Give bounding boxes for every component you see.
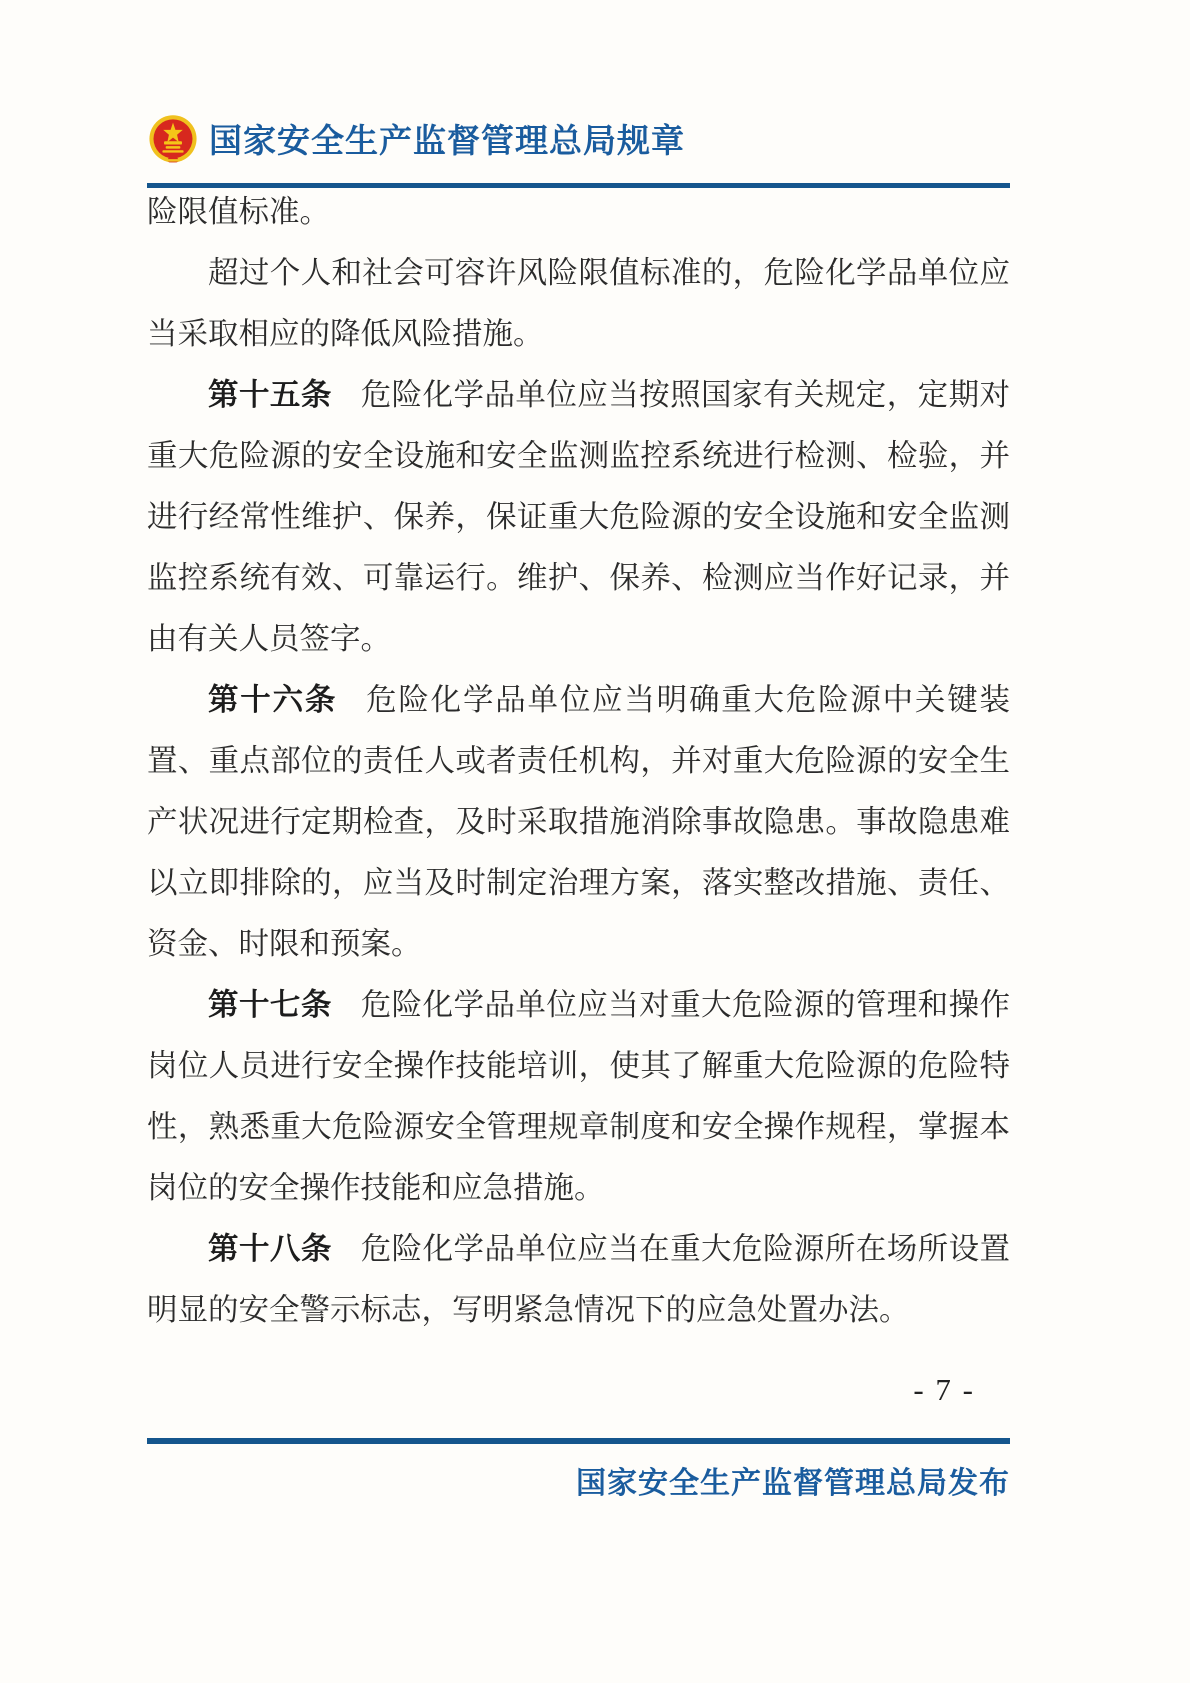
paragraph-text: 超过个人和社会可容许风险限值标准的，危险化学品单位应当采取相应的降低风险措施。: [147, 256, 1010, 352]
paragraph-continuation: 险限值标准。: [147, 182, 1010, 243]
paragraph-article-17: 第十七条危险化学品单位应当对重大危险源的管理和操作岗位人员进行安全操作技能培训，…: [147, 975, 1010, 1219]
article-text: 危险化学品单位应当按照国家有关规定，定期对重大危险源的安全设施和安全监测监控系统…: [147, 378, 1010, 657]
paragraph-article-16: 第十六条危险化学品单位应当明确重大危险源中关键装置、重点部位的责任人或者责任机构…: [147, 670, 1010, 975]
publisher-label: 国家安全生产监督管理总局发布: [147, 1458, 1010, 1502]
article-number: 第十六条: [208, 682, 337, 718]
document-body: 险限值标准。 超过个人和社会可容许风险限值标准的，危险化学品单位应当采取相应的降…: [147, 182, 1010, 1341]
paragraph-risk-measures: 超过个人和社会可容许风险限值标准的，危险化学品单位应当采取相应的降低风险措施。: [147, 243, 1010, 365]
article-number: 第十八条: [208, 1231, 332, 1267]
paragraph-article-15: 第十五条危险化学品单位应当按照国家有关规定，定期对重大危险源的安全设施和安全监测…: [147, 365, 1010, 670]
paragraph-article-18: 第十八条危险化学品单位应当在重大危险源所在场所设置明显的安全警示标志，写明紧急情…: [147, 1219, 1010, 1341]
paragraph-text: 险限值标准。: [147, 195, 330, 230]
document-page: 国家安全生产监督管理总局规章 险限值标准。 超过个人和社会可容许风险限值标准的，…: [0, 0, 1190, 1683]
article-number: 第十七条: [208, 987, 332, 1023]
page-header: 国家安全生产监督管理总局规章: [147, 112, 1010, 164]
article-text: 危险化学品单位应当明确重大危险源中关键装置、重点部位的责任人或者责任机构，并对重…: [147, 683, 1010, 962]
page-header-title: 国家安全生产监督管理总局规章: [209, 115, 685, 162]
article-number: 第十五条: [208, 377, 332, 413]
china-national-emblem-icon: [147, 112, 199, 164]
page-number: - 7 -: [147, 1372, 975, 1408]
footer-divider: [147, 1438, 1010, 1444]
